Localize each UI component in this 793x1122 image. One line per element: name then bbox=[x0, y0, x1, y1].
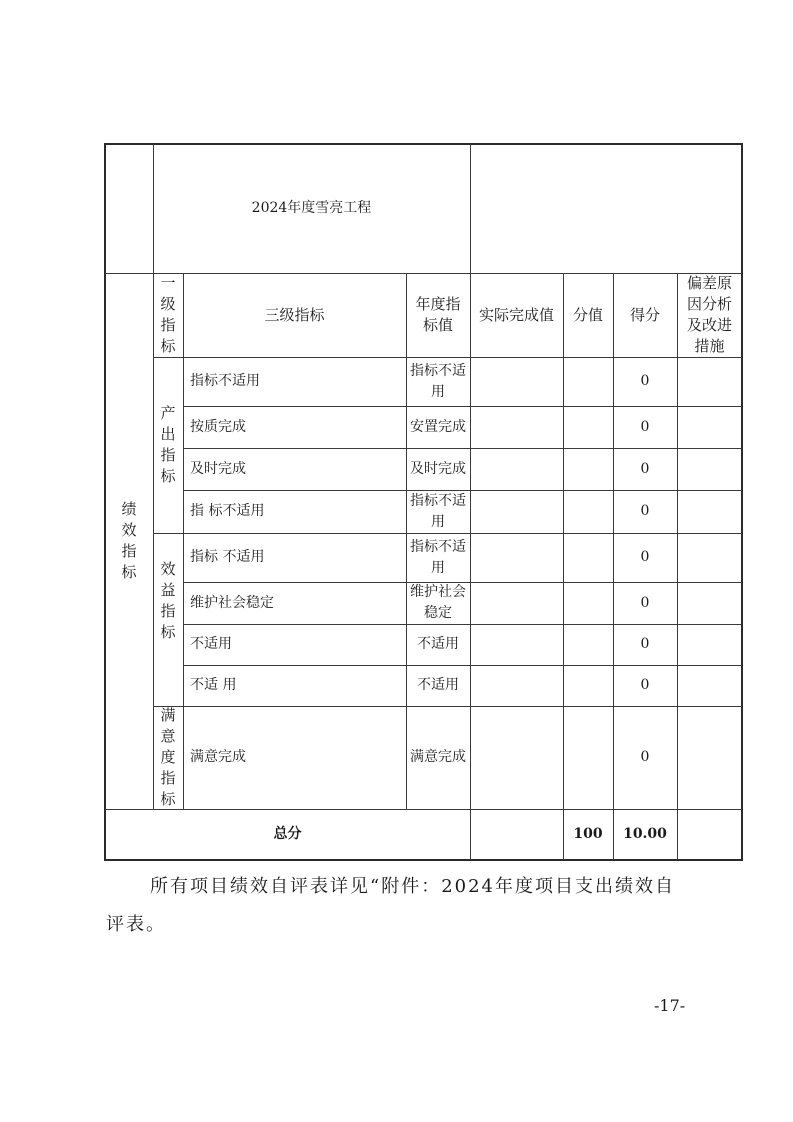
weight-cell bbox=[563, 448, 613, 490]
group-label-char: 标 bbox=[160, 622, 175, 643]
page-number: -17- bbox=[654, 996, 685, 1015]
weight-cell bbox=[563, 490, 613, 533]
indicator-text: 指标 不适用 bbox=[190, 547, 264, 568]
paragraph-line-2: 评表。 bbox=[106, 910, 166, 936]
weight-cell bbox=[563, 706, 613, 809]
indicator-text: 不适用 bbox=[190, 634, 232, 655]
table-border-right bbox=[741, 143, 743, 861]
indicator-text: 及时完成 bbox=[190, 459, 246, 480]
indicator-cell: 维护社会稳定 bbox=[183, 582, 406, 624]
indicator-text: 维护社会稳定 bbox=[190, 593, 274, 614]
weight-cell bbox=[563, 665, 613, 706]
score-cell: 0 bbox=[613, 582, 677, 624]
group-label-char: 效 bbox=[160, 559, 175, 580]
score-text: 0 bbox=[641, 371, 650, 392]
target-cell: 指标不适用 bbox=[406, 490, 470, 533]
score-cell: 0 bbox=[613, 706, 677, 809]
group-label-char: 标 bbox=[160, 789, 175, 810]
weight-cell bbox=[563, 406, 613, 448]
grid-line bbox=[183, 582, 742, 583]
analysis-cell bbox=[677, 706, 742, 809]
indicator-cell: 按质完成 bbox=[183, 406, 406, 448]
header-level3-indicator: 三级指标 bbox=[183, 273, 406, 357]
score-text: 0 bbox=[641, 634, 650, 655]
score-cell: 0 bbox=[613, 665, 677, 706]
grid-line bbox=[677, 273, 678, 860]
actual-cell bbox=[470, 624, 563, 665]
grid-line bbox=[183, 624, 742, 625]
section-label-char: 指 bbox=[121, 541, 136, 562]
total-weight: 100 bbox=[573, 824, 602, 845]
table-border-bottom bbox=[105, 859, 743, 861]
score-text: 0 bbox=[641, 459, 650, 480]
grid-line bbox=[105, 809, 742, 810]
section-label-performance-indicators: 绩 效 指 标 bbox=[105, 273, 153, 809]
grid-line bbox=[105, 273, 742, 274]
header-annual-target: 年度指标值 bbox=[406, 273, 470, 357]
analysis-cell bbox=[677, 665, 742, 706]
header-deviation-analysis: 偏差原因分析及改进措施 bbox=[677, 273, 742, 357]
header-char: 标 bbox=[160, 336, 175, 357]
target-text: 指标不适用 bbox=[410, 491, 466, 533]
total-score-cell: 10.00 bbox=[613, 809, 677, 860]
table-border-left bbox=[104, 143, 106, 861]
header-char: 一 bbox=[160, 273, 175, 294]
score-text: 0 bbox=[641, 547, 650, 568]
section-label-char: 标 bbox=[121, 562, 136, 583]
grid-line bbox=[153, 706, 742, 707]
header-text: 偏差原因分析及改进措施 bbox=[686, 273, 733, 357]
actual-cell bbox=[470, 357, 563, 406]
grid-line bbox=[153, 144, 154, 809]
header-text: 实际完成值 bbox=[479, 305, 554, 326]
indicator-cell: 指标不适用 bbox=[183, 357, 406, 406]
target-cell: 不适用 bbox=[406, 624, 470, 665]
header-char: 指 bbox=[160, 315, 175, 336]
analysis-cell bbox=[677, 533, 742, 582]
target-text: 及时完成 bbox=[410, 459, 466, 480]
grid-line bbox=[183, 273, 184, 809]
group-label-char: 指 bbox=[160, 601, 175, 622]
grid-line bbox=[563, 273, 564, 860]
group-label-char: 指 bbox=[160, 445, 175, 466]
indicator-cell: 指标 不适用 bbox=[183, 533, 406, 582]
section-label-char: 效 bbox=[121, 520, 136, 541]
project-title-right-cell bbox=[470, 144, 742, 273]
actual-cell bbox=[470, 665, 563, 706]
target-text: 不适用 bbox=[417, 675, 459, 696]
analysis-cell bbox=[677, 624, 742, 665]
target-cell: 指标不适用 bbox=[406, 357, 470, 406]
group-label-char: 益 bbox=[160, 580, 175, 601]
actual-cell bbox=[470, 533, 563, 582]
grid-line bbox=[153, 357, 742, 358]
target-cell: 满意完成 bbox=[406, 706, 470, 809]
group-label-benefit: 效 益 指 标 bbox=[153, 533, 183, 706]
grid-line bbox=[183, 406, 742, 407]
target-cell: 及时完成 bbox=[406, 448, 470, 490]
score-cell: 0 bbox=[613, 357, 677, 406]
total-weight-cell: 100 bbox=[563, 809, 613, 860]
weight-cell bbox=[563, 533, 613, 582]
header-text: 三级指标 bbox=[264, 305, 324, 326]
header-level1-indicator: 一 级 指 标 bbox=[153, 273, 183, 357]
score-cell: 0 bbox=[613, 533, 677, 582]
group-label-char: 指 bbox=[160, 768, 175, 789]
grid-line bbox=[183, 448, 742, 449]
target-cell: 指标不适用 bbox=[406, 533, 470, 582]
target-cell: 安置完成 bbox=[406, 406, 470, 448]
group-label-char: 产 bbox=[160, 403, 175, 424]
score-text: 0 bbox=[641, 593, 650, 614]
indicator-text: 按质完成 bbox=[190, 417, 246, 438]
score-text: 0 bbox=[641, 675, 650, 696]
title-row-blank-cell bbox=[105, 144, 153, 273]
group-label-char: 满 bbox=[160, 705, 175, 726]
analysis-cell bbox=[677, 490, 742, 533]
indicator-text: 满意完成 bbox=[190, 747, 246, 768]
target-cell: 不适用 bbox=[406, 665, 470, 706]
actual-cell bbox=[470, 406, 563, 448]
analysis-cell bbox=[677, 357, 742, 406]
actual-cell bbox=[470, 490, 563, 533]
target-cell: 维护社会稳定 bbox=[406, 582, 470, 624]
analysis-cell bbox=[677, 406, 742, 448]
score-text: 0 bbox=[641, 501, 650, 522]
header-weight: 分值 bbox=[563, 273, 613, 357]
grid-line bbox=[613, 273, 614, 860]
actual-cell bbox=[470, 448, 563, 490]
indicator-text: 不适 用 bbox=[190, 675, 236, 696]
grid-line bbox=[153, 533, 742, 534]
analysis-cell bbox=[677, 448, 742, 490]
project-title: 2024年度雪亮工程 bbox=[252, 198, 372, 219]
score-cell: 0 bbox=[613, 406, 677, 448]
indicator-cell: 满意完成 bbox=[183, 706, 406, 809]
total-actual-cell bbox=[470, 809, 563, 860]
table-border-top bbox=[105, 143, 743, 145]
grid-line bbox=[470, 144, 471, 860]
grid-line bbox=[183, 665, 742, 666]
header-actual-value: 实际完成值 bbox=[470, 273, 563, 357]
group-label-char: 意 bbox=[160, 726, 175, 747]
target-text: 指标不适用 bbox=[410, 537, 466, 579]
indicator-cell: 不适 用 bbox=[183, 665, 406, 706]
weight-cell bbox=[563, 582, 613, 624]
score-cell: 0 bbox=[613, 490, 677, 533]
header-text: 年度指标值 bbox=[410, 294, 466, 336]
actual-cell bbox=[470, 706, 563, 809]
score-cell: 0 bbox=[613, 624, 677, 665]
grid-line bbox=[406, 273, 407, 809]
total-label-cell: 总分 bbox=[105, 809, 470, 860]
total-score: 10.00 bbox=[623, 824, 667, 845]
group-label-char: 标 bbox=[160, 466, 175, 487]
total-label: 总分 bbox=[274, 824, 302, 845]
group-label-satisfaction: 满 意 度 指 标 bbox=[153, 706, 183, 809]
indicator-text: 指 标不适用 bbox=[190, 501, 264, 522]
indicator-cell: 及时完成 bbox=[183, 448, 406, 490]
target-text: 不适用 bbox=[417, 634, 459, 655]
target-text: 指标不适用 bbox=[410, 361, 466, 403]
group-label-char: 出 bbox=[160, 424, 175, 445]
project-title-cell: 2024年度雪亮工程 bbox=[153, 144, 470, 273]
section-label-char: 绩 bbox=[121, 499, 136, 520]
analysis-cell bbox=[677, 582, 742, 624]
indicator-text: 指标不适用 bbox=[190, 371, 260, 392]
grid-line bbox=[183, 490, 742, 491]
weight-cell bbox=[563, 357, 613, 406]
score-text: 0 bbox=[641, 417, 650, 438]
indicator-cell: 不适用 bbox=[183, 624, 406, 665]
header-score: 得分 bbox=[613, 273, 677, 357]
header-char: 级 bbox=[160, 294, 175, 315]
score-text: 0 bbox=[641, 747, 650, 768]
target-text: 维护社会稳定 bbox=[410, 582, 466, 624]
group-label-output: 产 出 指 标 bbox=[153, 357, 183, 533]
paragraph-line-1: 所有项目绩效自评表详见“附件：2024年度项目支出绩效自 bbox=[150, 872, 675, 898]
total-analysis-cell bbox=[677, 809, 742, 860]
group-label-char: 度 bbox=[160, 747, 175, 768]
score-cell: 0 bbox=[613, 448, 677, 490]
target-text: 安置完成 bbox=[410, 417, 466, 438]
weight-cell bbox=[563, 624, 613, 665]
actual-cell bbox=[470, 582, 563, 624]
target-text: 满意完成 bbox=[410, 747, 466, 768]
header-text: 分值 bbox=[573, 305, 603, 326]
header-text: 得分 bbox=[630, 305, 660, 326]
indicator-cell: 指 标不适用 bbox=[183, 490, 406, 533]
